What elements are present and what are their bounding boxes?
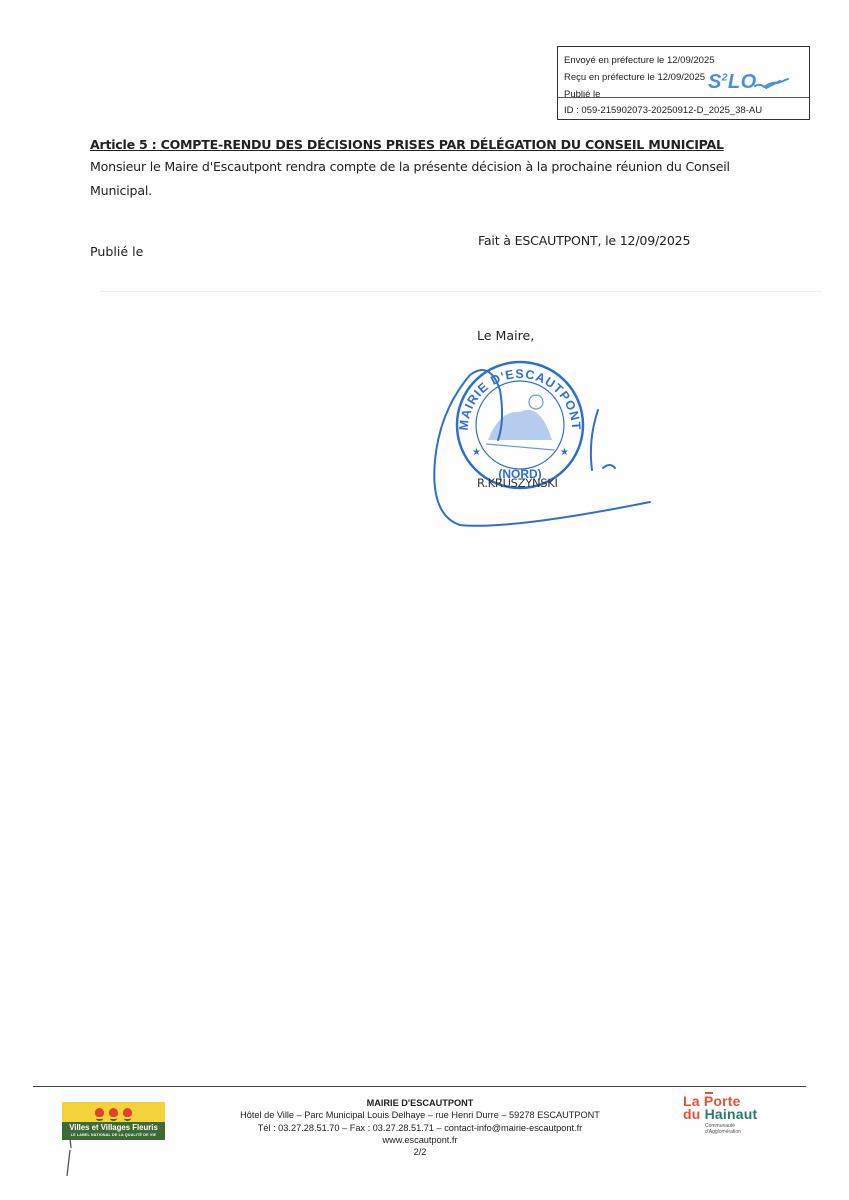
footer-divider xyxy=(33,1086,806,1087)
article-title: Article 5 : COMPTE-RENDU DES DÉCISIONS P… xyxy=(90,137,724,152)
footer-address-block: MAIRIE D'ESCAUTPONT Hôtel de Ville – Par… xyxy=(220,1097,620,1158)
svg-text:★: ★ xyxy=(472,447,481,458)
official-seal-icon: MAIRIE D'ESCAUTPONT (NORD) ★ ★ xyxy=(457,362,583,488)
document-page: Envoyé en préfecture le 12/09/2025 Reçu … xyxy=(0,0,849,1200)
pen-mark-icon xyxy=(64,1138,74,1178)
signatory-name: R.KRUSZYNSKI xyxy=(477,476,558,490)
flower-icon xyxy=(95,1108,104,1117)
article-body: Monsieur le Maire d'Escautpont rendra co… xyxy=(90,155,790,203)
stamp-divider xyxy=(558,97,809,98)
villes-villages-fleuris-logo: Villes et Villages Fleuris LE LABEL NATI… xyxy=(62,1102,165,1140)
vvf-subtitle: LE LABEL NATIONAL DE LA QUALITÉ DE VIE xyxy=(62,1133,165,1138)
footer-title: MAIRIE D'ESCAUTPONT xyxy=(220,1097,620,1109)
mayor-seal-and-signature: MAIRIE D'ESCAUTPONT (NORD) ★ ★ xyxy=(420,340,670,540)
svg-text:★: ★ xyxy=(560,447,569,458)
footer-address: Hôtel de Ville – Parc Municipal Louis De… xyxy=(220,1109,620,1121)
page-number: 2/2 xyxy=(220,1146,620,1158)
published-label: Publié le xyxy=(90,244,143,259)
scan-artifact-line xyxy=(100,291,820,292)
flower-icon xyxy=(109,1108,118,1117)
footer-contact: Tél : 03.27.28.51.70 – Fax : 03.27.28.51… xyxy=(220,1122,620,1134)
logo-accent-bar xyxy=(705,1092,713,1094)
act-id: ID : 059-215902073-20250912-D_2025_38-AU xyxy=(564,105,762,116)
vvf-title: Villes et Villages Fleuris xyxy=(69,1123,158,1132)
checkmark-icon xyxy=(754,77,790,93)
flower-icon xyxy=(123,1108,132,1117)
sent-date: Envoyé en préfecture le 12/09/2025 xyxy=(564,53,809,70)
s2lo-logo: S2LO xyxy=(708,71,757,94)
la-porte-du-hainaut-logo: La Porte du Hainaut Communauté d'Agglomé… xyxy=(683,1095,757,1135)
prefecture-stamp: Envoyé en préfecture le 12/09/2025 Reçu … xyxy=(557,46,810,120)
footer-website: www.escautpont.fr xyxy=(220,1134,620,1146)
place-and-date: Fait à ESCAUTPONT, le 12/09/2025 xyxy=(478,233,690,248)
